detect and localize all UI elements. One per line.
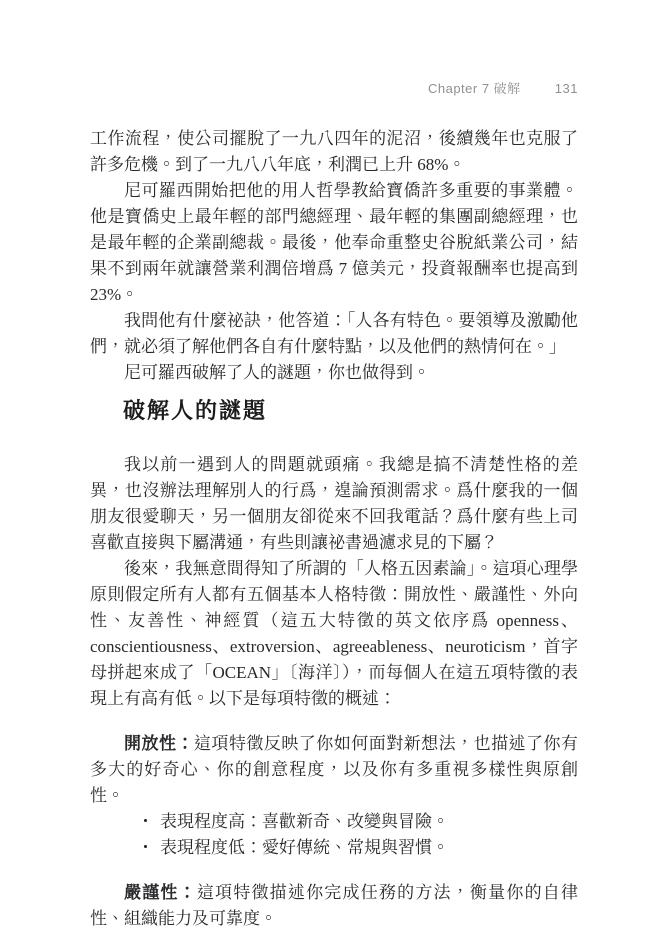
bullet-text-high: 表現程度高：喜歡新奇、改變與冒險。 bbox=[160, 812, 449, 831]
paragraph-intro-2: 尼可羅西開始把他的用人哲學教給寶僑許多重要的事業體。他是寶僑史上最年輕的部門總經… bbox=[90, 178, 578, 308]
paragraph-section-2: 後來，我無意間得知了所謂的「人格五因素論」。這項心理學原則假定所有人都有五個基本… bbox=[90, 556, 578, 712]
trait-conscientiousness: 嚴謹性：這項特徵描述你完成任務的方法，衡量你的自律性、組織能力及可靠度。 bbox=[90, 880, 578, 932]
paragraph-intro-4: 尼可羅西破解了人的謎題，你也做得到。 bbox=[90, 360, 578, 386]
trait-openness-bullet-low: ・表現程度低：愛好傳統、常規與習慣。 bbox=[90, 835, 578, 861]
book-page: Chapter 7 破解 131 工作流程，使公司擺脫了一九八四年的泥沼，後續幾… bbox=[0, 0, 663, 932]
trait-openness: 開放性：這項特徵反映了你如何面對新想法，也描述了你有多大的好奇心、你的創意程度，… bbox=[90, 731, 578, 809]
page-number: 131 bbox=[555, 81, 578, 96]
bullet-dot-icon: ・ bbox=[137, 838, 154, 857]
trait-openness-bullet-high: ・表現程度高：喜歡新奇、改變與冒險。 bbox=[90, 809, 578, 835]
paragraph-section-1: 我以前一遇到人的問題就頭痛。我總是搞不清楚性格的差異，也沒辦法理解別人的行爲，遑… bbox=[90, 452, 578, 556]
paragraph-intro-3: 我問他有什麼祕訣，他答道：「人各有特色。要領導及激勵他們，就必須了解他們各自有什… bbox=[90, 308, 578, 360]
running-head: Chapter 7 破解 131 bbox=[0, 78, 578, 97]
page-body: 工作流程，使公司擺脫了一九八四年的泥沼，後續幾年也克服了許多危機。到了一九八八年… bbox=[90, 126, 578, 932]
section-heading: 破解人的謎題 bbox=[123, 396, 578, 426]
bullet-dot-icon: ・ bbox=[137, 812, 154, 831]
chapter-label: Chapter 7 破解 bbox=[428, 81, 521, 96]
paragraph-intro-1: 工作流程，使公司擺脫了一九八四年的泥沼，後續幾年也克服了許多危機。到了一九八八年… bbox=[90, 126, 578, 178]
trait-conscientiousness-name: 嚴謹性： bbox=[124, 883, 197, 902]
trait-openness-name: 開放性： bbox=[124, 734, 194, 753]
bullet-text-low: 表現程度低：愛好傳統、常規與習慣。 bbox=[160, 838, 449, 857]
